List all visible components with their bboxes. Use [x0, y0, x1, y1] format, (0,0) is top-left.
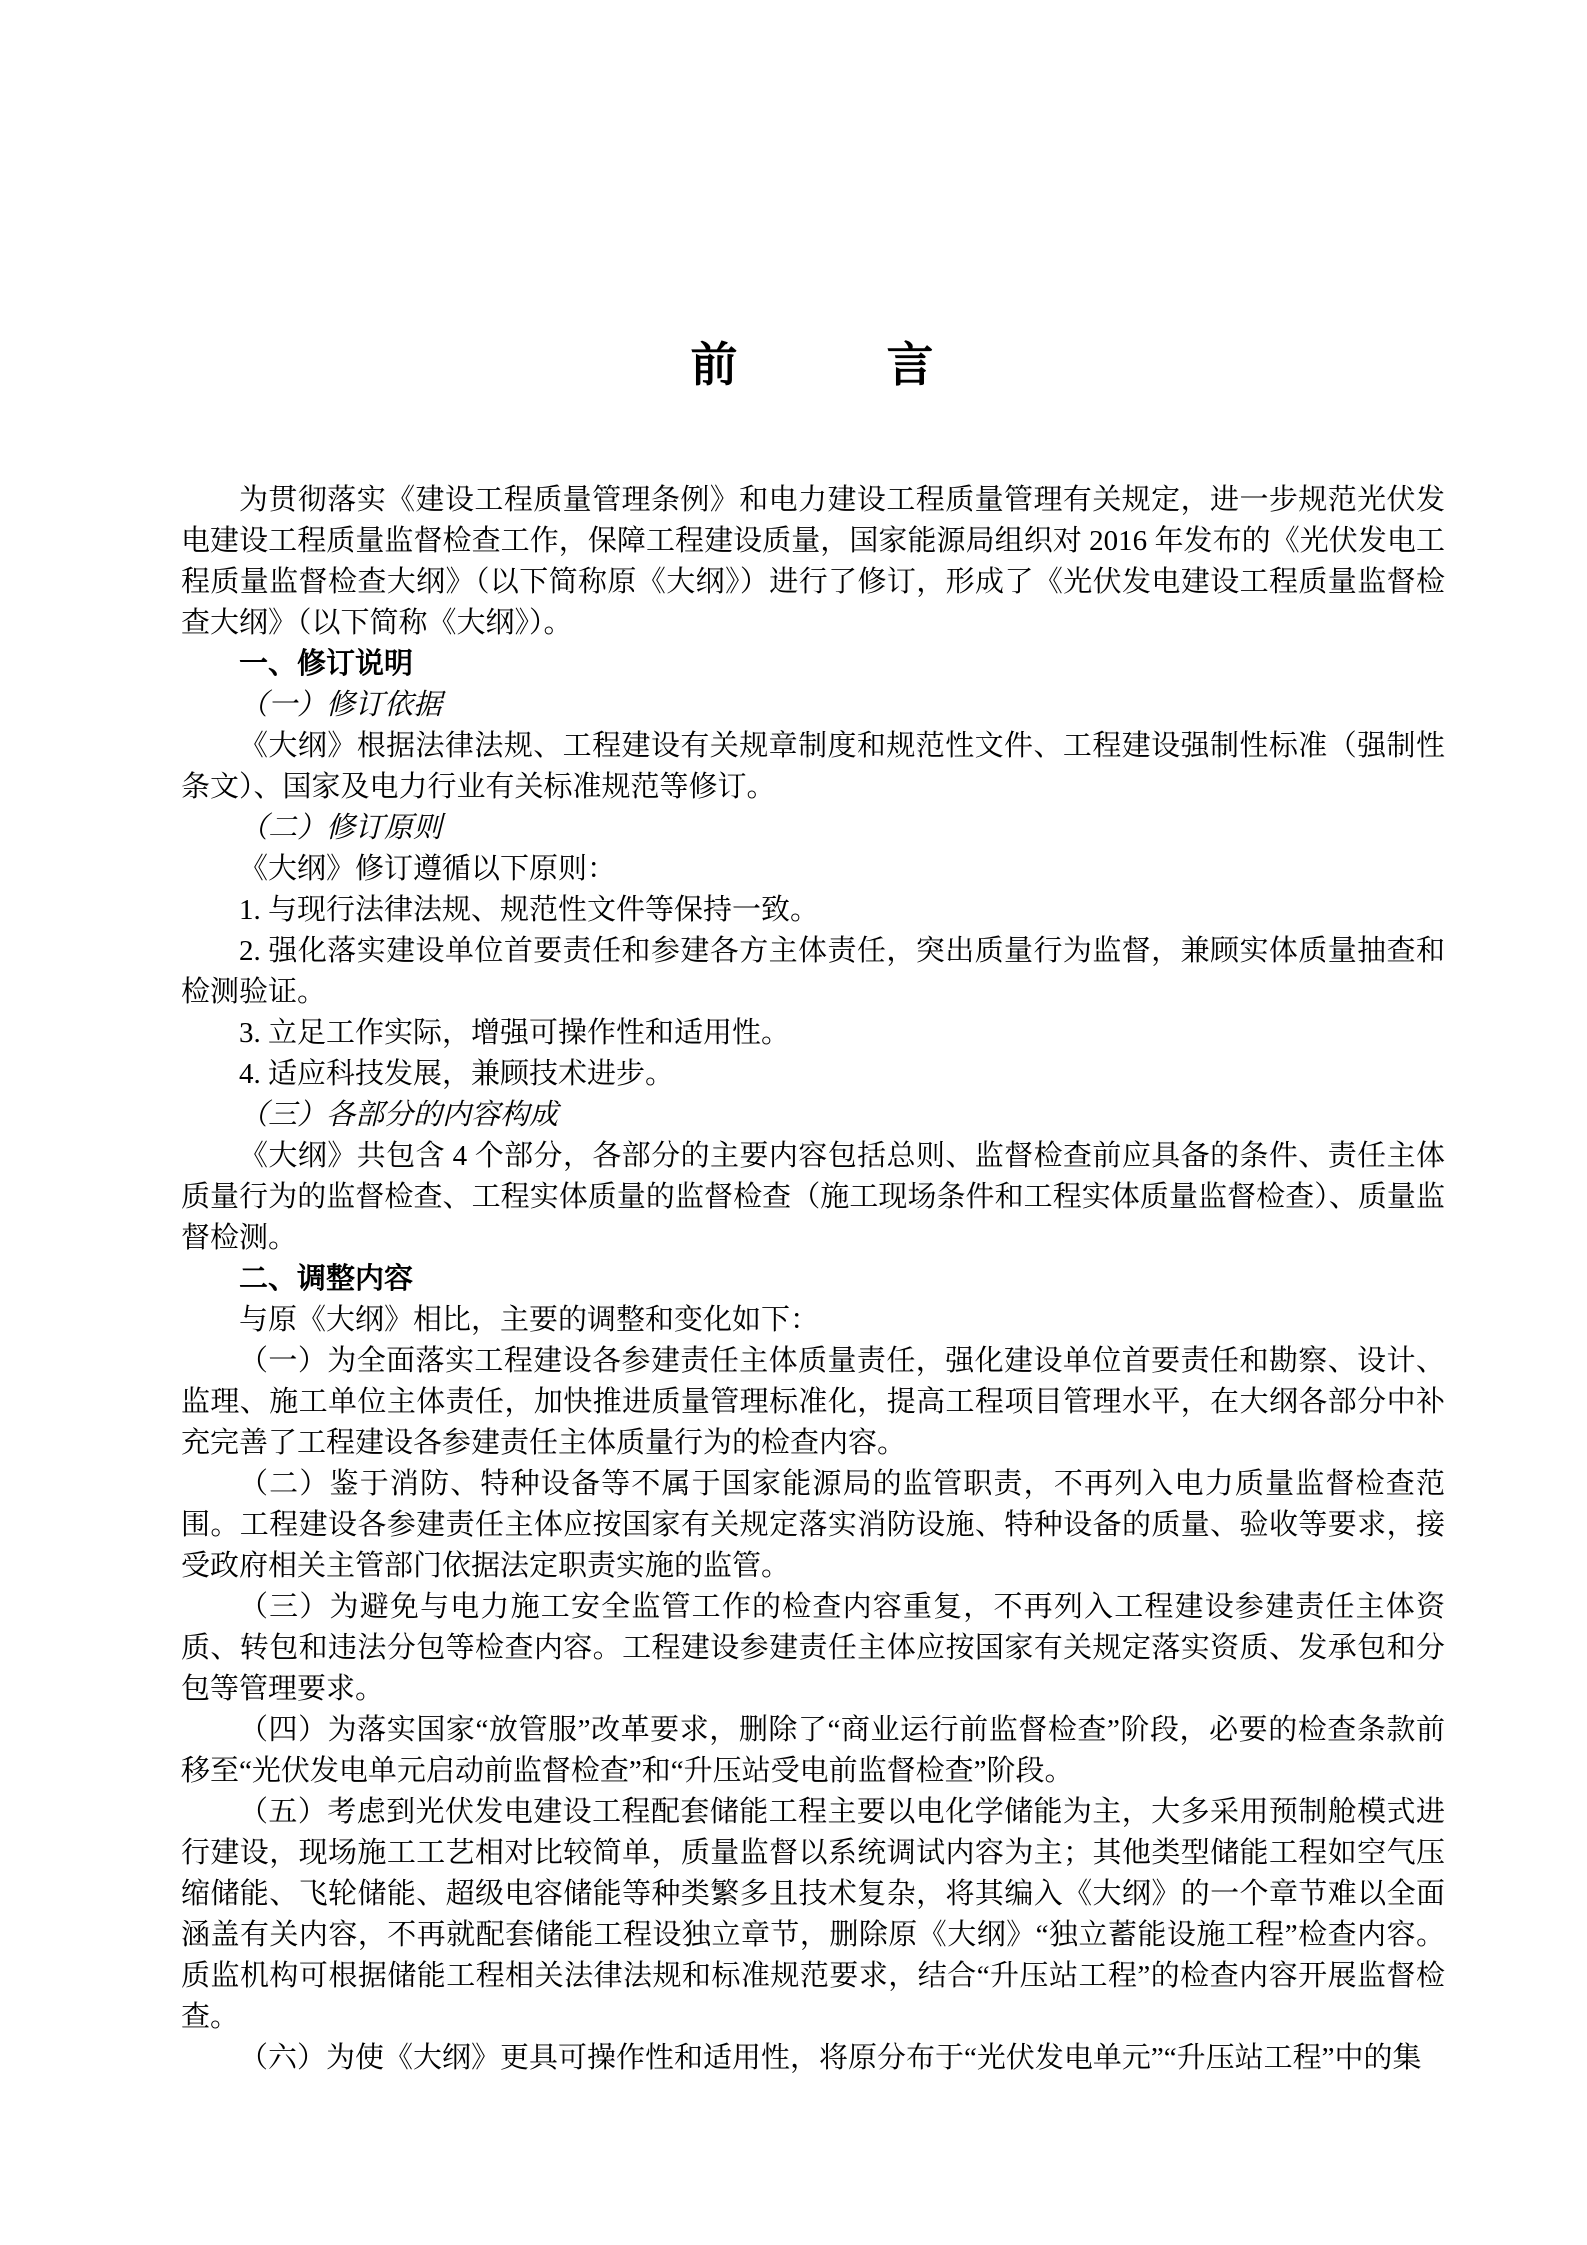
body-paragraph: 1. 与现行法律法规、规范性文件等保持一致。: [181, 890, 1445, 931]
body-paragraph: 为贯彻落实《建设工程质量管理条例》和电力建设工程质量管理有关规定，进一步规范光伏…: [181, 480, 1445, 644]
section-subheading: （二）修订原则: [181, 808, 1445, 849]
section-subheading: （一）修订依据: [181, 685, 1445, 726]
body-paragraph: 与原《大纲》相比，主要的调整和变化如下：: [181, 1300, 1445, 1341]
body-paragraph: （二）鉴于消防、特种设备等不属于国家能源局的监管职责，不再列入电力质量监督检查范…: [181, 1464, 1445, 1587]
page-title: 前 言: [181, 338, 1445, 394]
body-paragraph: 4. 适应科技发展，兼顾技术进步。: [181, 1054, 1445, 1095]
body-paragraph: （三）为避免与电力施工安全监管工作的检查内容重复，不再列入工程建设参建责任主体资…: [181, 1587, 1445, 1710]
body-paragraph: 2. 强化落实建设单位首要责任和参建各方主体责任，突出质量行为监督，兼顾实体质量…: [181, 931, 1445, 1013]
body-paragraph: 《大纲》根据法律法规、工程建设有关规章制度和规范性文件、工程建设强制性标准（强制…: [181, 726, 1445, 808]
body-paragraph: 《大纲》修订遵循以下原则：: [181, 849, 1445, 890]
document-page: 前 言 为贯彻落实《建设工程质量管理条例》和电力建设工程质量管理有关规定，进一步…: [0, 0, 1587, 2245]
body-paragraph: 《大纲》共包含 4 个部分，各部分的主要内容包括总则、监督检查前应具备的条件、责…: [181, 1136, 1445, 1259]
document-body: 为贯彻落实《建设工程质量管理条例》和电力建设工程质量管理有关规定，进一步规范光伏…: [181, 480, 1445, 2079]
section-subheading: （三）各部分的内容构成: [181, 1095, 1445, 1136]
body-paragraph: （五）考虑到光伏发电建设工程配套储能工程主要以电化学储能为主，大多采用预制舱模式…: [181, 1792, 1445, 2038]
body-paragraph: （四）为落实国家“放管服”改革要求，删除了“商业运行前监督检查”阶段，必要的检查…: [181, 1710, 1445, 1792]
body-paragraph: 3. 立足工作实际，增强可操作性和适用性。: [181, 1013, 1445, 1054]
section-heading: 二、调整内容: [181, 1259, 1445, 1300]
body-paragraph: （六）为使《大纲》更具可操作性和适用性，将原分布于“光伏发电单元”“升压站工程”…: [181, 2038, 1445, 2079]
section-heading: 一、修订说明: [181, 644, 1445, 685]
body-paragraph: （一）为全面落实工程建设各参建责任主体质量责任，强化建设单位首要责任和勘察、设计…: [181, 1341, 1445, 1464]
